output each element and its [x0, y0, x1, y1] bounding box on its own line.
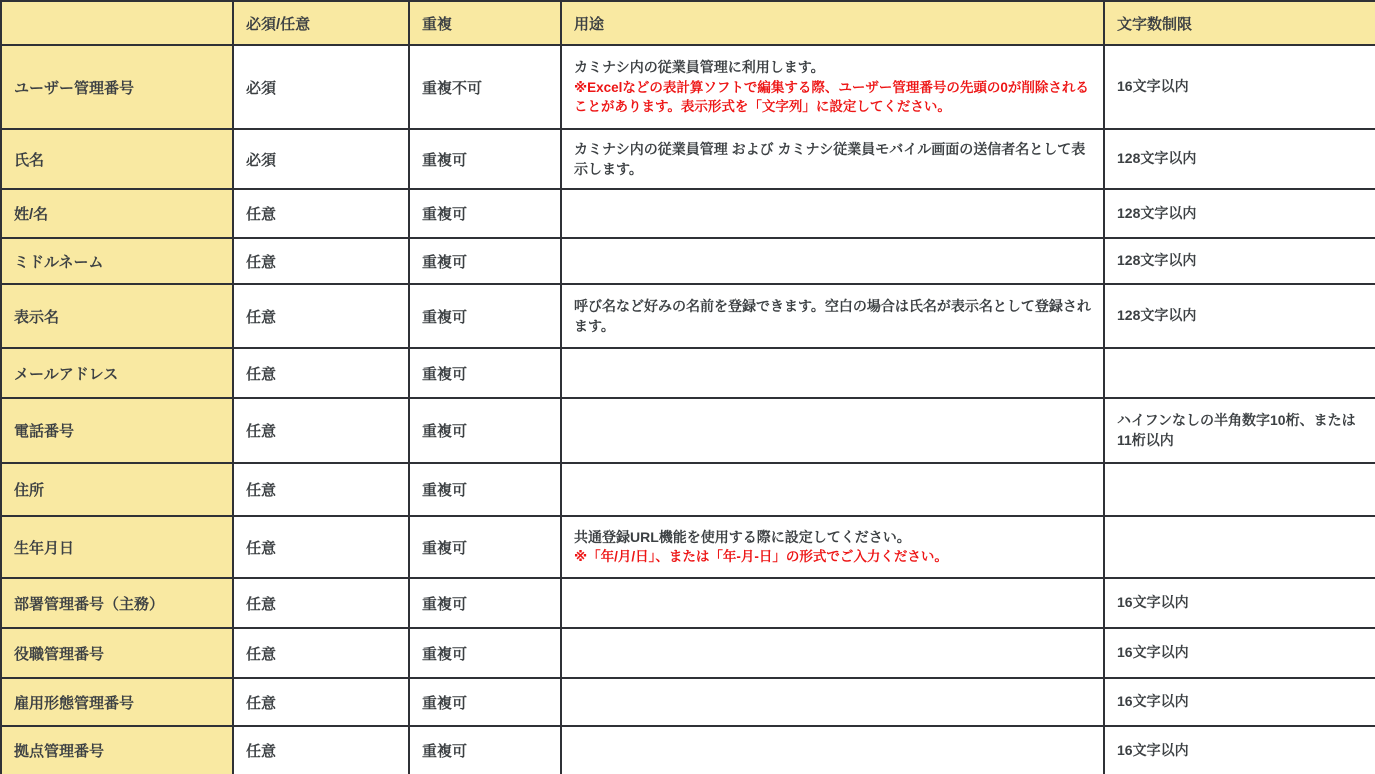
table-row: 雇用形態管理番号任意重複可16文字以内	[1, 678, 1375, 726]
usage-note-text: ※Excelなどの表計算ソフトで編集する際、ユーザー管理番号の先頭の0が削除され…	[574, 78, 1091, 117]
required-cell: 任意	[233, 463, 409, 516]
usage-cell	[561, 678, 1104, 726]
field-name-cell: メールアドレス	[1, 348, 233, 398]
limit-cell: 16文字以内	[1104, 726, 1375, 774]
field-name-cell: 電話番号	[1, 398, 233, 463]
limit-cell: 16文字以内	[1104, 678, 1375, 726]
duplicate-cell: 重複可	[409, 284, 561, 348]
required-cell: 任意	[233, 678, 409, 726]
field-name-cell: 役職管理番号	[1, 628, 233, 678]
header-usage: 用途	[561, 1, 1104, 45]
usage-cell	[561, 189, 1104, 238]
header-limit: 文字数制限	[1104, 1, 1375, 45]
duplicate-cell: 重複可	[409, 726, 561, 774]
limit-cell	[1104, 516, 1375, 578]
usage-text: カミナシ内の従業員管理に利用します。	[574, 57, 1091, 77]
header-duplicate: 重複	[409, 1, 561, 45]
table-row: 生年月日任意重複可共通登録URL機能を使用する際に設定してください。※「年/月/…	[1, 516, 1375, 578]
limit-cell: ハイフンなしの半角数字10桁、または11桁以内	[1104, 398, 1375, 463]
usage-cell: カミナシ内の従業員管理 および カミナシ従業員モバイル画面の送信者名として表示し…	[561, 129, 1104, 189]
duplicate-cell: 重複可	[409, 463, 561, 516]
required-cell: 任意	[233, 284, 409, 348]
usage-note-text: ※「年/月/日」、または「年-月-日」の形式でご入力ください。	[574, 547, 1091, 567]
required-cell: 任意	[233, 348, 409, 398]
field-name-cell: 氏名	[1, 129, 233, 189]
limit-cell: 16文字以内	[1104, 578, 1375, 628]
required-cell: 任意	[233, 628, 409, 678]
field-name-cell: 姓/名	[1, 189, 233, 238]
limit-cell	[1104, 463, 1375, 516]
duplicate-cell: 重複可	[409, 678, 561, 726]
usage-cell	[561, 628, 1104, 678]
table-row: 役職管理番号任意重複可16文字以内	[1, 628, 1375, 678]
usage-cell: 共通登録URL機能を使用する際に設定してください。※「年/月/日」、または「年-…	[561, 516, 1104, 578]
duplicate-cell: 重複可	[409, 238, 561, 284]
field-name-cell: 表示名	[1, 284, 233, 348]
duplicate-cell: 重複可	[409, 129, 561, 189]
limit-cell: 128文字以内	[1104, 284, 1375, 348]
usage-text: カミナシ内の従業員管理 および カミナシ従業員モバイル画面の送信者名として表示し…	[574, 139, 1091, 180]
limit-cell: 128文字以内	[1104, 129, 1375, 189]
header-row: 必須/任意 重複 用途 文字数制限	[1, 1, 1375, 45]
usage-cell	[561, 463, 1104, 516]
usage-cell: カミナシ内の従業員管理に利用します。※Excelなどの表計算ソフトで編集する際、…	[561, 45, 1104, 129]
field-name-cell: ミドルネーム	[1, 238, 233, 284]
required-cell: 任意	[233, 398, 409, 463]
field-name-cell: 住所	[1, 463, 233, 516]
table-row: 拠点管理番号任意重複可16文字以内	[1, 726, 1375, 774]
duplicate-cell: 重複可	[409, 189, 561, 238]
table-row: 住所任意重複可	[1, 463, 1375, 516]
usage-cell	[561, 398, 1104, 463]
usage-cell	[561, 726, 1104, 774]
table-body: ユーザー管理番号必須重複不可カミナシ内の従業員管理に利用します。※Excelなど…	[1, 45, 1375, 774]
required-cell: 任意	[233, 578, 409, 628]
usage-text: 呼び名など好みの名前を登録できます。空白の場合は氏名が表示名として登録されます。	[574, 296, 1091, 337]
usage-cell	[561, 238, 1104, 284]
required-cell: 必須	[233, 129, 409, 189]
table-row: ミドルネーム任意重複可128文字以内	[1, 238, 1375, 284]
field-spec-page: 必須/任意 重複 用途 文字数制限 ユーザー管理番号必須重複不可カミナシ内の従業…	[0, 0, 1375, 774]
usage-cell: 呼び名など好みの名前を登録できます。空白の場合は氏名が表示名として登録されます。	[561, 284, 1104, 348]
required-cell: 任意	[233, 238, 409, 284]
field-name-cell: 生年月日	[1, 516, 233, 578]
limit-cell: 128文字以内	[1104, 238, 1375, 284]
duplicate-cell: 重複可	[409, 398, 561, 463]
table-row: 表示名任意重複可呼び名など好みの名前を登録できます。空白の場合は氏名が表示名とし…	[1, 284, 1375, 348]
table-header: 必須/任意 重複 用途 文字数制限	[1, 1, 1375, 45]
table-row: 電話番号任意重複可ハイフンなしの半角数字10桁、または11桁以内	[1, 398, 1375, 463]
duplicate-cell: 重複可	[409, 628, 561, 678]
limit-cell: 128文字以内	[1104, 189, 1375, 238]
field-spec-table: 必須/任意 重複 用途 文字数制限 ユーザー管理番号必須重複不可カミナシ内の従業…	[0, 0, 1375, 774]
header-required: 必須/任意	[233, 1, 409, 45]
duplicate-cell: 重複不可	[409, 45, 561, 129]
required-cell: 任意	[233, 189, 409, 238]
table-row: ユーザー管理番号必須重複不可カミナシ内の従業員管理に利用します。※Excelなど…	[1, 45, 1375, 129]
required-cell: 任意	[233, 726, 409, 774]
field-name-cell: 雇用形態管理番号	[1, 678, 233, 726]
field-name-cell: ユーザー管理番号	[1, 45, 233, 129]
field-name-cell: 拠点管理番号	[1, 726, 233, 774]
duplicate-cell: 重複可	[409, 348, 561, 398]
usage-cell	[561, 578, 1104, 628]
table-row: 氏名必須重複可カミナシ内の従業員管理 および カミナシ従業員モバイル画面の送信者…	[1, 129, 1375, 189]
usage-text: 共通登録URL機能を使用する際に設定してください。	[574, 527, 1091, 547]
table-row: 部署管理番号（主務）任意重複可16文字以内	[1, 578, 1375, 628]
limit-cell: 16文字以内	[1104, 628, 1375, 678]
table-row: 姓/名任意重複可128文字以内	[1, 189, 1375, 238]
usage-cell	[561, 348, 1104, 398]
required-cell: 必須	[233, 45, 409, 129]
limit-cell: 16文字以内	[1104, 45, 1375, 129]
duplicate-cell: 重複可	[409, 578, 561, 628]
required-cell: 任意	[233, 516, 409, 578]
table-row: メールアドレス任意重複可	[1, 348, 1375, 398]
header-field	[1, 1, 233, 45]
duplicate-cell: 重複可	[409, 516, 561, 578]
field-name-cell: 部署管理番号（主務）	[1, 578, 233, 628]
limit-cell	[1104, 348, 1375, 398]
